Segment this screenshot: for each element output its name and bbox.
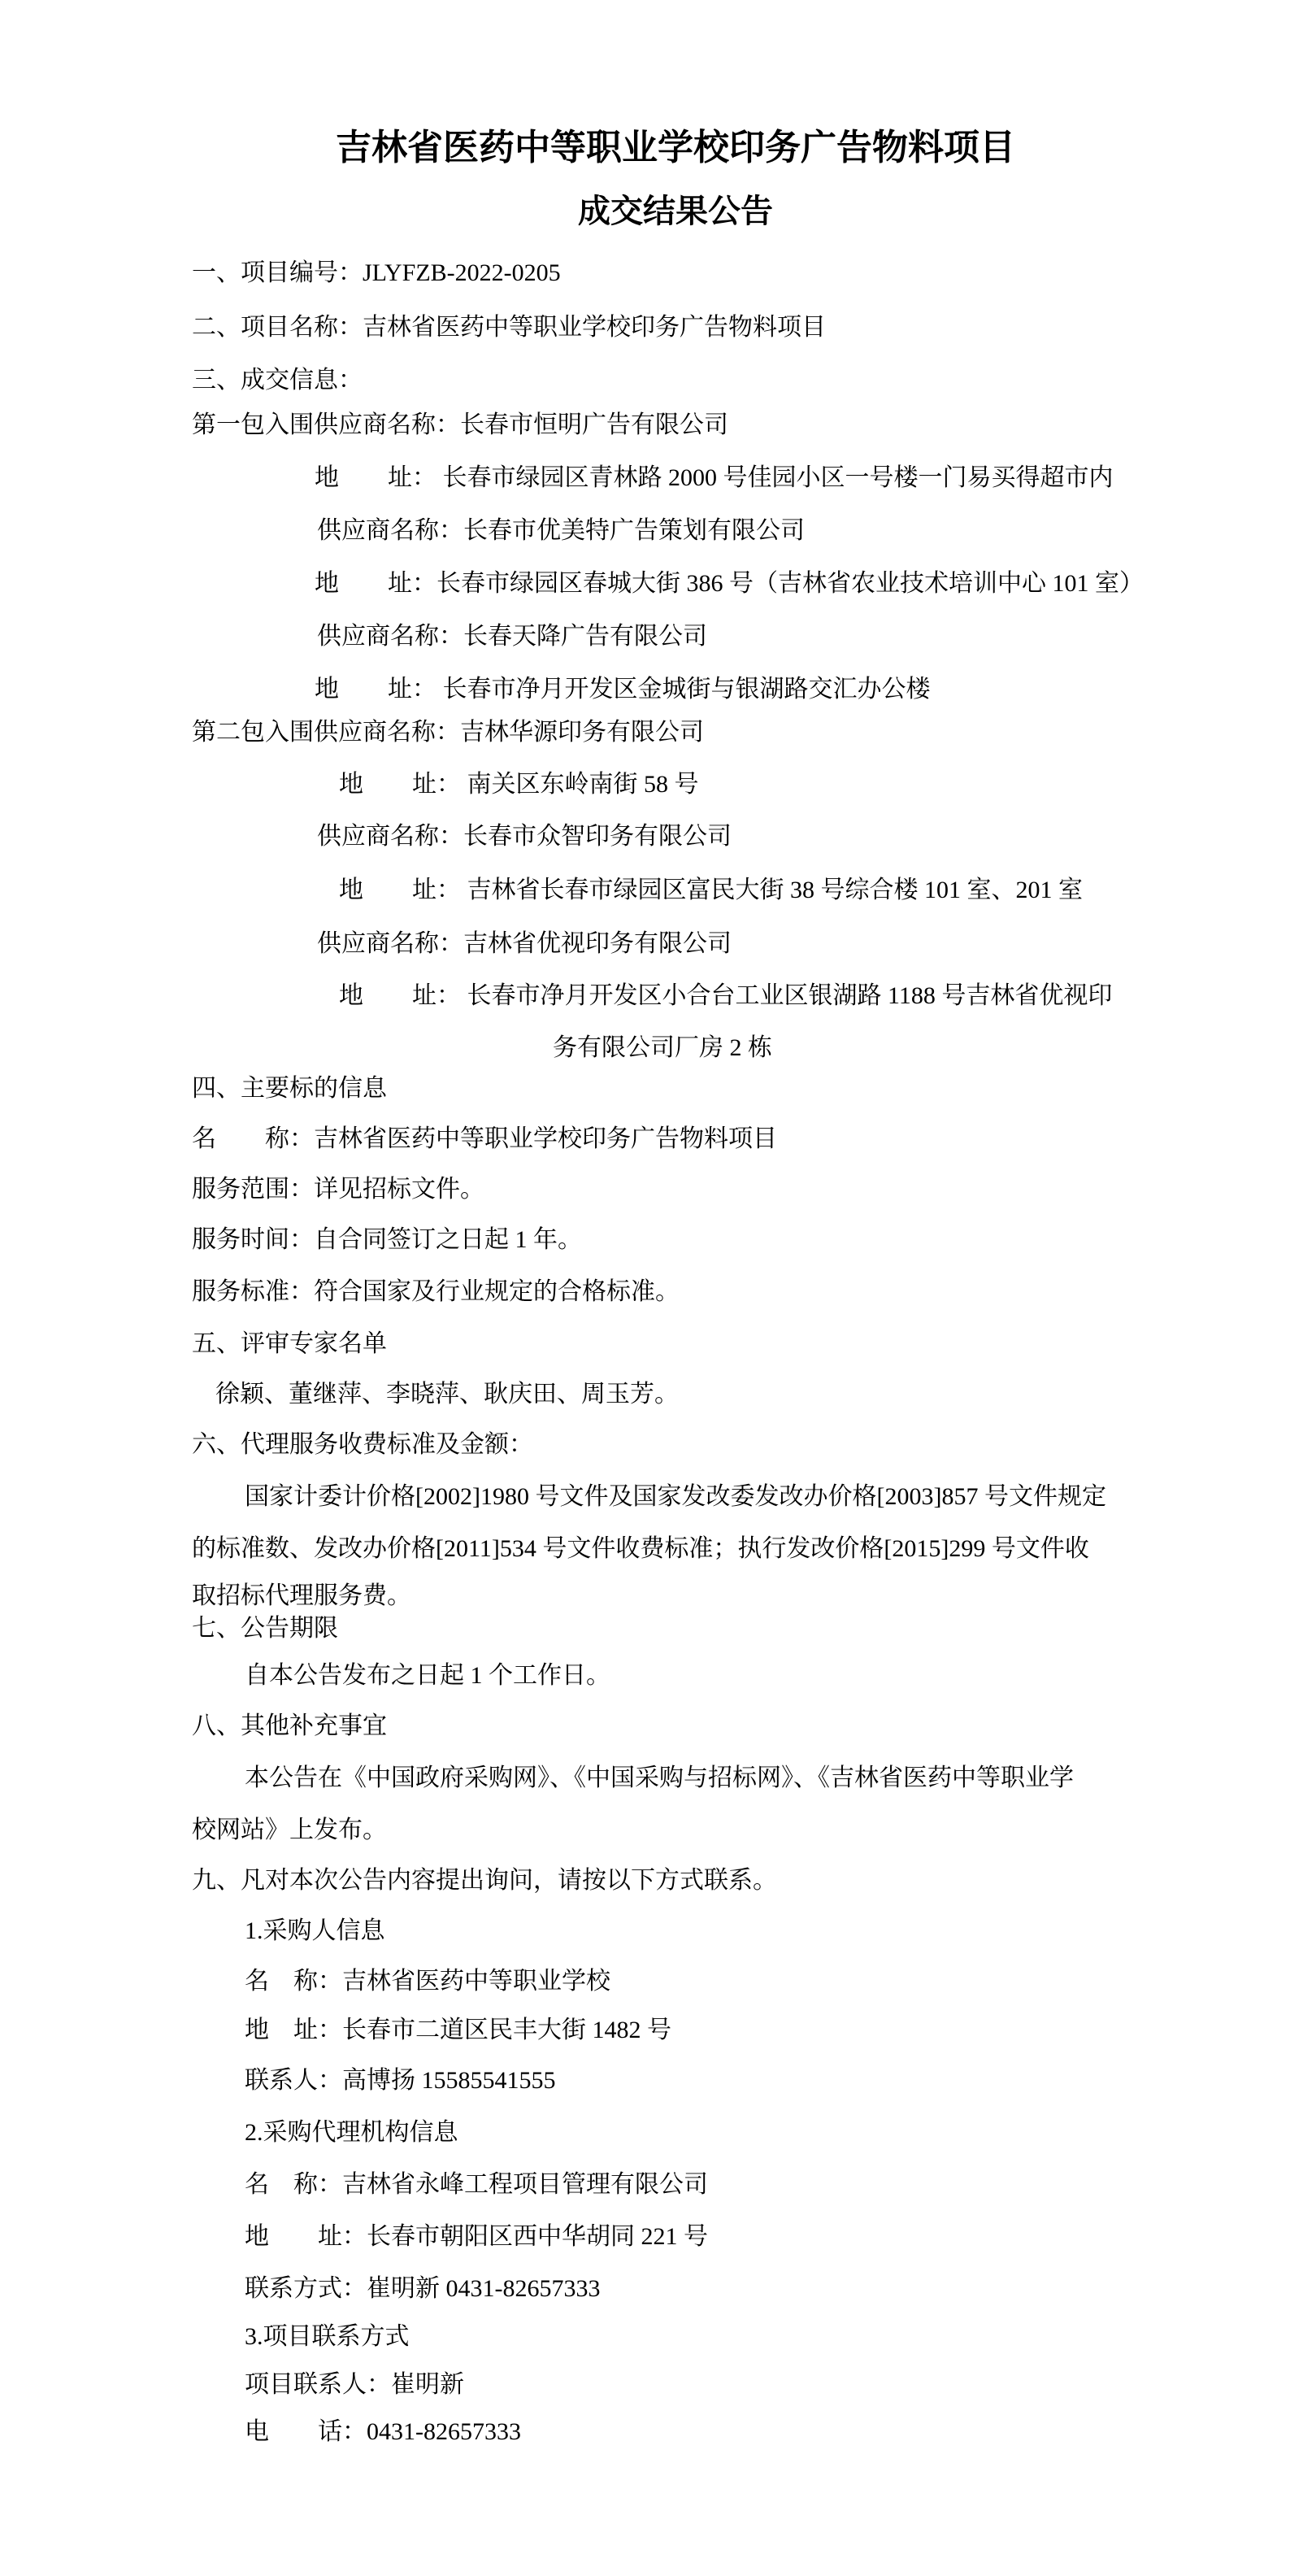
line-agency-fee-text-3: 取招标代理服务费。 xyxy=(192,1582,411,1611)
line-notice-period-text: 自本公告发布之日起 1 个工作日。 xyxy=(245,1662,610,1690)
line-agent-address: 地 址：长春市朝阳区西中华胡同 221 号 xyxy=(245,2223,708,2252)
line-subject-name: 名 称：吉林省医药中等职业学校印务广告物料项目 xyxy=(192,1125,777,1154)
line-pkg1-supplier3-address: 地 址： 长春市净月开发区金城街与银湖路交汇办公楼 xyxy=(315,676,931,704)
line-agency-fee-heading: 六、代理服务收费标准及金额： xyxy=(192,1431,533,1460)
line-service-time: 服务时间：自合同签订之日起 1 年。 xyxy=(192,1226,582,1255)
line-project-contact-heading: 3.项目联系方式 xyxy=(245,2323,410,2352)
line-inquiry-heading: 九、凡对本次公告内容提出询问，请按以下方式联系。 xyxy=(192,1867,777,1895)
line-agency-fee-text-1: 国家计委计价格[2002]1980 号文件及国家发改委发改办价格[2003]85… xyxy=(245,1483,1106,1512)
line-pkg1-supplier1-name: 第一包入围供应商名称：长春市恒明广告有限公司 xyxy=(192,411,728,440)
line-purchaser-address: 地 址：长春市二道区民丰大街 1482 号 xyxy=(245,2017,671,2045)
line-pkg1-supplier2-name: 供应商名称：长春市优美特广告策划有限公司 xyxy=(317,517,805,546)
line-notice-period-heading: 七、公告期限 xyxy=(192,1615,338,1643)
line-project-name: 二、项目名称：吉林省医药中等职业学校印务广告物料项目 xyxy=(192,314,826,342)
line-experts-names: 徐颖、董继萍、李晓萍、耿庆田、周玉芳。 xyxy=(215,1381,679,1409)
line-subject-heading: 四、主要标的信息 xyxy=(192,1075,387,1103)
line-pkg1-supplier3-name: 供应商名称：长春天降广告有限公司 xyxy=(317,623,707,651)
line-agency-fee-text-2: 的标准数、发改办价格[2011]534 号文件收费标准；执行发改价格[2015]… xyxy=(192,1535,1089,1564)
line-purchaser-name: 名 称：吉林省医药中等职业学校 xyxy=(245,1968,610,1996)
line-purchaser-contact: 联系人：高博扬 15585541555 xyxy=(245,2067,556,2095)
line-agent-contact: 联系方式：崔明新 0431-82657333 xyxy=(245,2275,601,2304)
line-pkg2-supplier3-address-cont: 务有限公司厂房 2 栋 xyxy=(553,1034,772,1063)
line-agent-heading: 2.采购代理机构信息 xyxy=(245,2119,458,2147)
line-service-scope: 服务范围：详见招标文件。 xyxy=(192,1176,484,1204)
line-service-standard: 服务标准：符合国家及行业规定的合格标准。 xyxy=(192,1278,680,1307)
line-project-contact-phone: 电 话：0431-82657333 xyxy=(245,2418,521,2447)
line-pkg2-supplier3-address: 地 址： 长春市净月开发区小合台工业区银湖路 1188 号吉林省优视印 xyxy=(339,982,1112,1011)
line-pkg2-supplier1-name: 第二包入围供应商名称：吉林华源印务有限公司 xyxy=(192,719,704,747)
line-pkg2-supplier2-address: 地 址： 吉林省长春市绿园区富民大街 38 号综合楼 101 室、201 室 xyxy=(339,877,1083,905)
document-subtitle: 成交结果公告 xyxy=(192,194,1159,229)
line-pkg2-supplier1-address: 地 址： 南关区东岭南街 58 号 xyxy=(339,771,699,799)
document-title: 吉林省医药中等职业学校印务广告物料项目 xyxy=(192,128,1159,168)
line-project-contact-person: 项目联系人：崔明新 xyxy=(245,2371,464,2400)
line-experts-heading: 五、评审专家名单 xyxy=(192,1330,387,1359)
line-agent-name: 名 称：吉林省永峰工程项目管理有限公司 xyxy=(245,2171,708,2200)
announcement-document: 吉林省医药中等职业学校印务广告物料项目 成交结果公告 一、项目编号：JLYFZB… xyxy=(0,0,1290,2576)
line-project-number: 一、项目编号：JLYFZB-2022-0205 xyxy=(192,259,561,288)
line-other-matters-heading: 八、其他补充事宜 xyxy=(192,1712,387,1741)
line-award-info-heading: 三、成交信息： xyxy=(192,367,363,395)
line-pkg2-supplier2-name: 供应商名称：长春市众智印务有限公司 xyxy=(317,823,732,851)
line-other-matters-text-1: 本公告在《中国政府采购网》、《中国采购与招标网》、《吉林省医药中等职业学 xyxy=(245,1764,1074,1793)
line-pkg2-supplier3-name: 供应商名称：吉林省优视印务有限公司 xyxy=(317,930,732,959)
line-purchaser-heading: 1.采购人信息 xyxy=(245,1917,385,1946)
line-pkg1-supplier2-address: 地 址：长春市绿园区春城大街 386 号（吉林省农业技术培训中心 101 室） xyxy=(315,570,1144,598)
line-pkg1-supplier1-address: 地 址： 长春市绿园区青林路 2000 号佳园小区一号楼一门易买得超市内 xyxy=(315,464,1114,493)
line-other-matters-text-2: 校网站》上发布。 xyxy=(192,1817,387,1845)
